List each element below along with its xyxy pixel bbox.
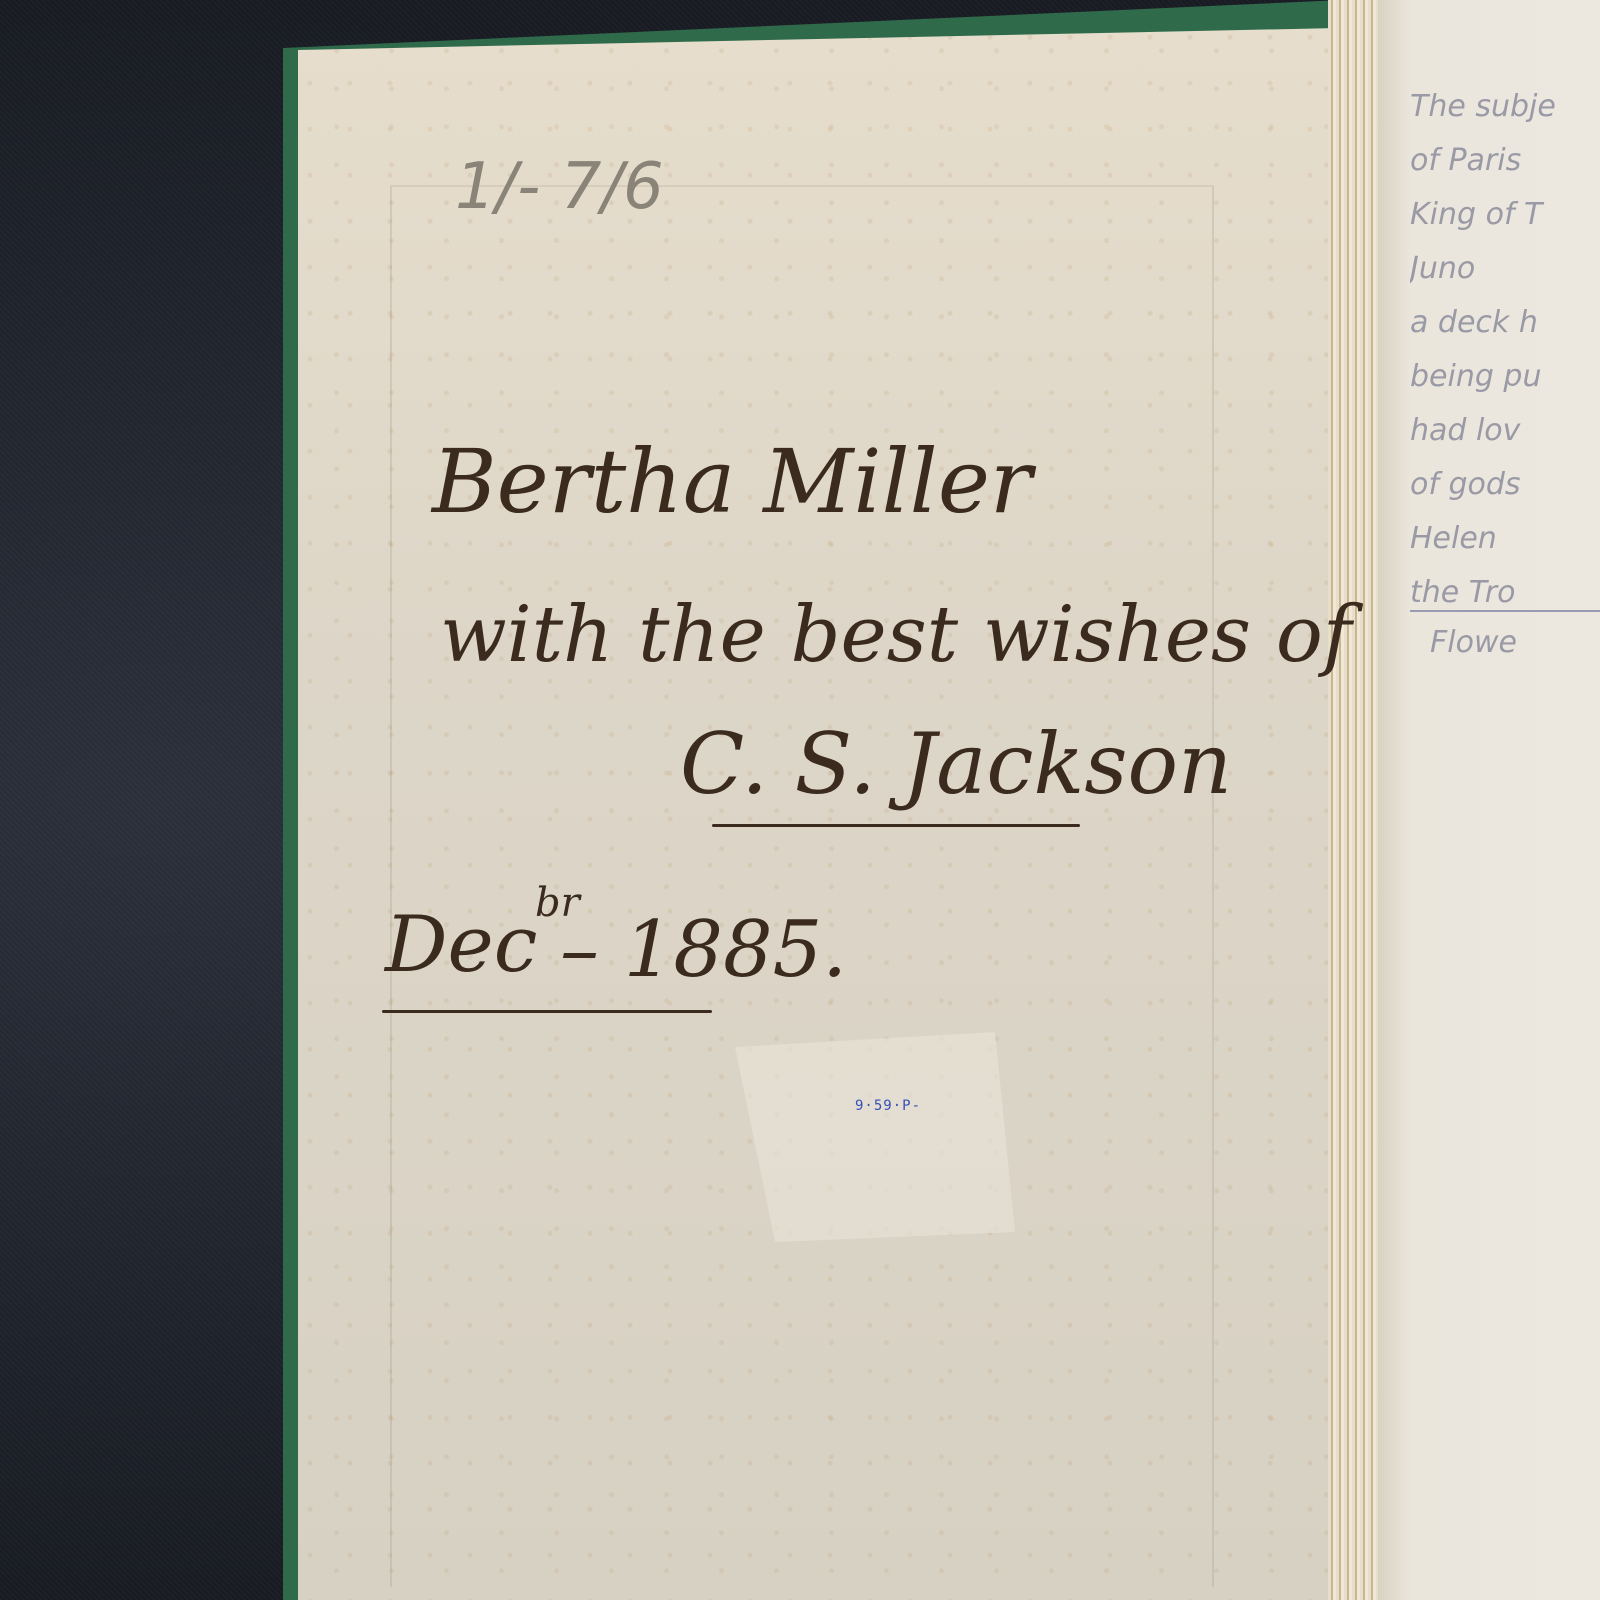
giver-name: C. S. Jackson (680, 715, 1232, 813)
blue-ink-stamp: 9·59·P- (855, 1098, 921, 1114)
inscription-message: with the best wishes of (440, 590, 1352, 680)
facing-line: being pu (1410, 350, 1600, 404)
facing-line: of gods (1410, 458, 1600, 512)
facing-line: Juno (1410, 242, 1600, 296)
book-hinge-gauze (1328, 0, 1378, 1600)
facing-page-footer: Flowe (1430, 625, 1517, 660)
pencil-price-note: 1/- 7/6 (455, 150, 664, 224)
date-year: – 1885. (560, 905, 847, 995)
removed-label-patch (735, 1032, 1015, 1242)
endpaper-embossed-frame (390, 185, 1214, 1587)
recipient-name: Bertha Miller (432, 430, 1032, 533)
facing-line: The subje (1410, 80, 1600, 134)
facing-line: had lov (1410, 404, 1600, 458)
facing-line: a deck h (1410, 296, 1600, 350)
facing-line: Helen (1410, 512, 1600, 566)
date-month: Dec (385, 900, 537, 990)
date-underline (382, 1010, 712, 1013)
facing-page-pencil-text: The subje of Paris King of T Juno a deck… (1410, 80, 1600, 620)
facing-line: King of T (1410, 188, 1600, 242)
giver-underline (712, 824, 1080, 827)
facing-page-rule (1410, 610, 1600, 612)
facing-line: of Paris (1410, 134, 1600, 188)
